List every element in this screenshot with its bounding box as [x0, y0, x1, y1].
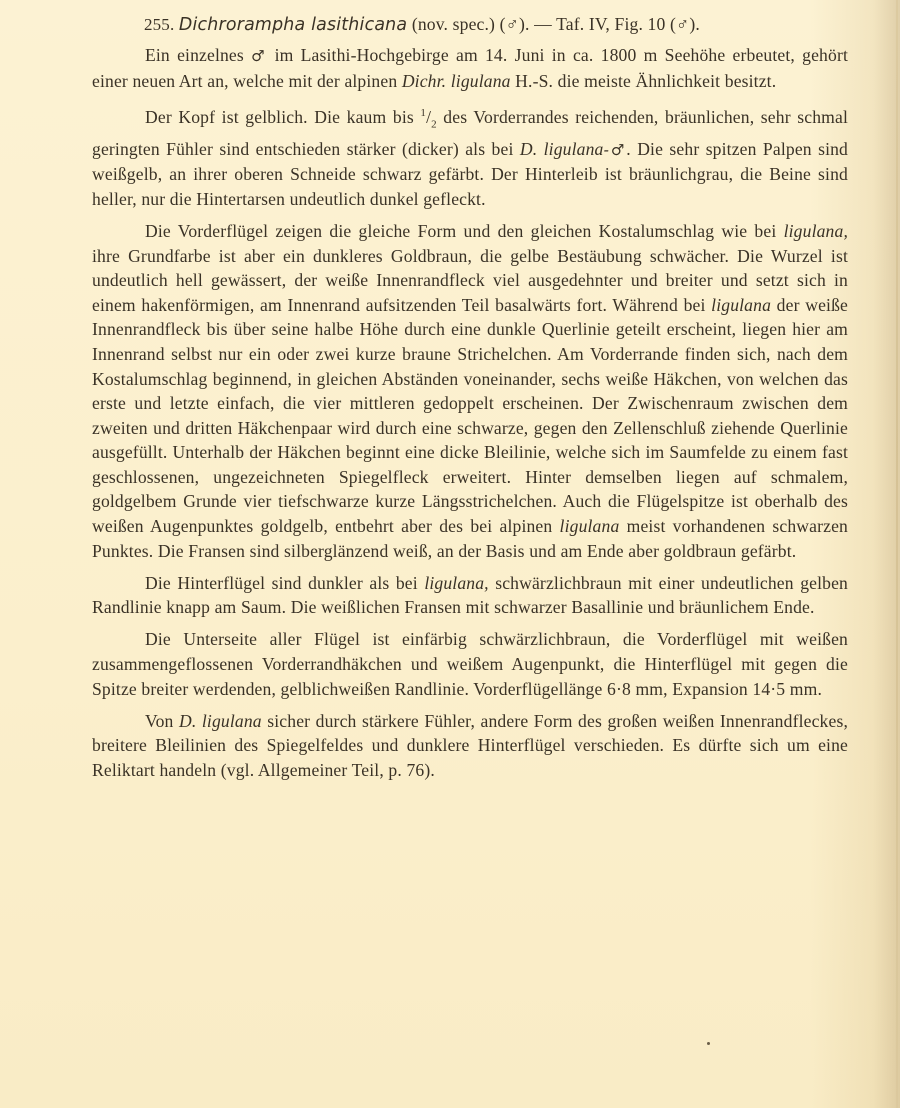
text-segment: der weiße Innenrandfleck bis über seine …: [92, 295, 848, 536]
text-segment: Die Vorderflügel zeigen die gleiche Form…: [145, 221, 784, 241]
paragraph-collection: Ein einzelnes ♂ im Lasithi-Hochgebirge a…: [92, 43, 848, 93]
species-status: (nov. spec.): [412, 14, 495, 34]
species-name: Dichrorampha lasithicana: [179, 15, 407, 35]
text-segment: Die Hinterflügel sind dunkler als bei: [145, 573, 424, 593]
paragraph-head: Der Kopf ist gelblich. Die kaum bis 1/2 …: [92, 101, 848, 212]
heading-dash: —: [534, 14, 552, 34]
italic-taxon: ligulana: [560, 516, 620, 536]
text-segment: Der Kopf ist gelblich. Die kaum bis: [145, 107, 420, 127]
scan-speck: [707, 1042, 710, 1045]
text-segment: Die Unterseite aller Flügel ist einfärbi…: [92, 629, 848, 698]
italic-taxon: D. ligulana: [179, 711, 262, 731]
paragraph-forewings: Die Vorderflügel zeigen die gleiche Form…: [92, 219, 848, 563]
text-segment: Ein einzelnes: [145, 45, 251, 65]
male-symbol-icon: ♂: [251, 47, 267, 65]
entry-number: 255.: [144, 15, 174, 34]
paragraph-underside: Die Unterseite aller Flügel ist einfärbi…: [92, 627, 848, 701]
italic-taxon: ligulana,: [784, 221, 848, 241]
entry-heading: 255. Dichrorampha lasithicana (nov. spec…: [92, 10, 848, 39]
italic-taxon: Dichr. ligulana: [402, 71, 511, 91]
italic-taxon: ligulana,: [424, 573, 488, 593]
italic-taxon: ligulana: [711, 295, 771, 315]
paragraph-diagnosis: Von D. ligulana sicher durch stärkere Fü…: [92, 709, 848, 783]
plate-reference: Taf. IV, Fig. 10 (♂).: [556, 14, 700, 34]
document-text: 255. Dichrorampha lasithicana (nov. spec…: [92, 10, 848, 790]
page-edge-shadow: [896, 0, 898, 1108]
paragraph-hindwings: Die Hinterflügel sind dunkler als bei li…: [92, 571, 848, 620]
text-segment: H.-S. die meiste Ähnlichkeit besitzt.: [511, 71, 777, 91]
italic-taxon: D. ligulana: [520, 139, 604, 159]
sex-indicator: (♂).: [500, 14, 530, 34]
text-segment: Von: [145, 711, 179, 731]
male-symbol-icon: -♂: [604, 141, 627, 159]
fraction-numerator: 1: [420, 107, 426, 119]
